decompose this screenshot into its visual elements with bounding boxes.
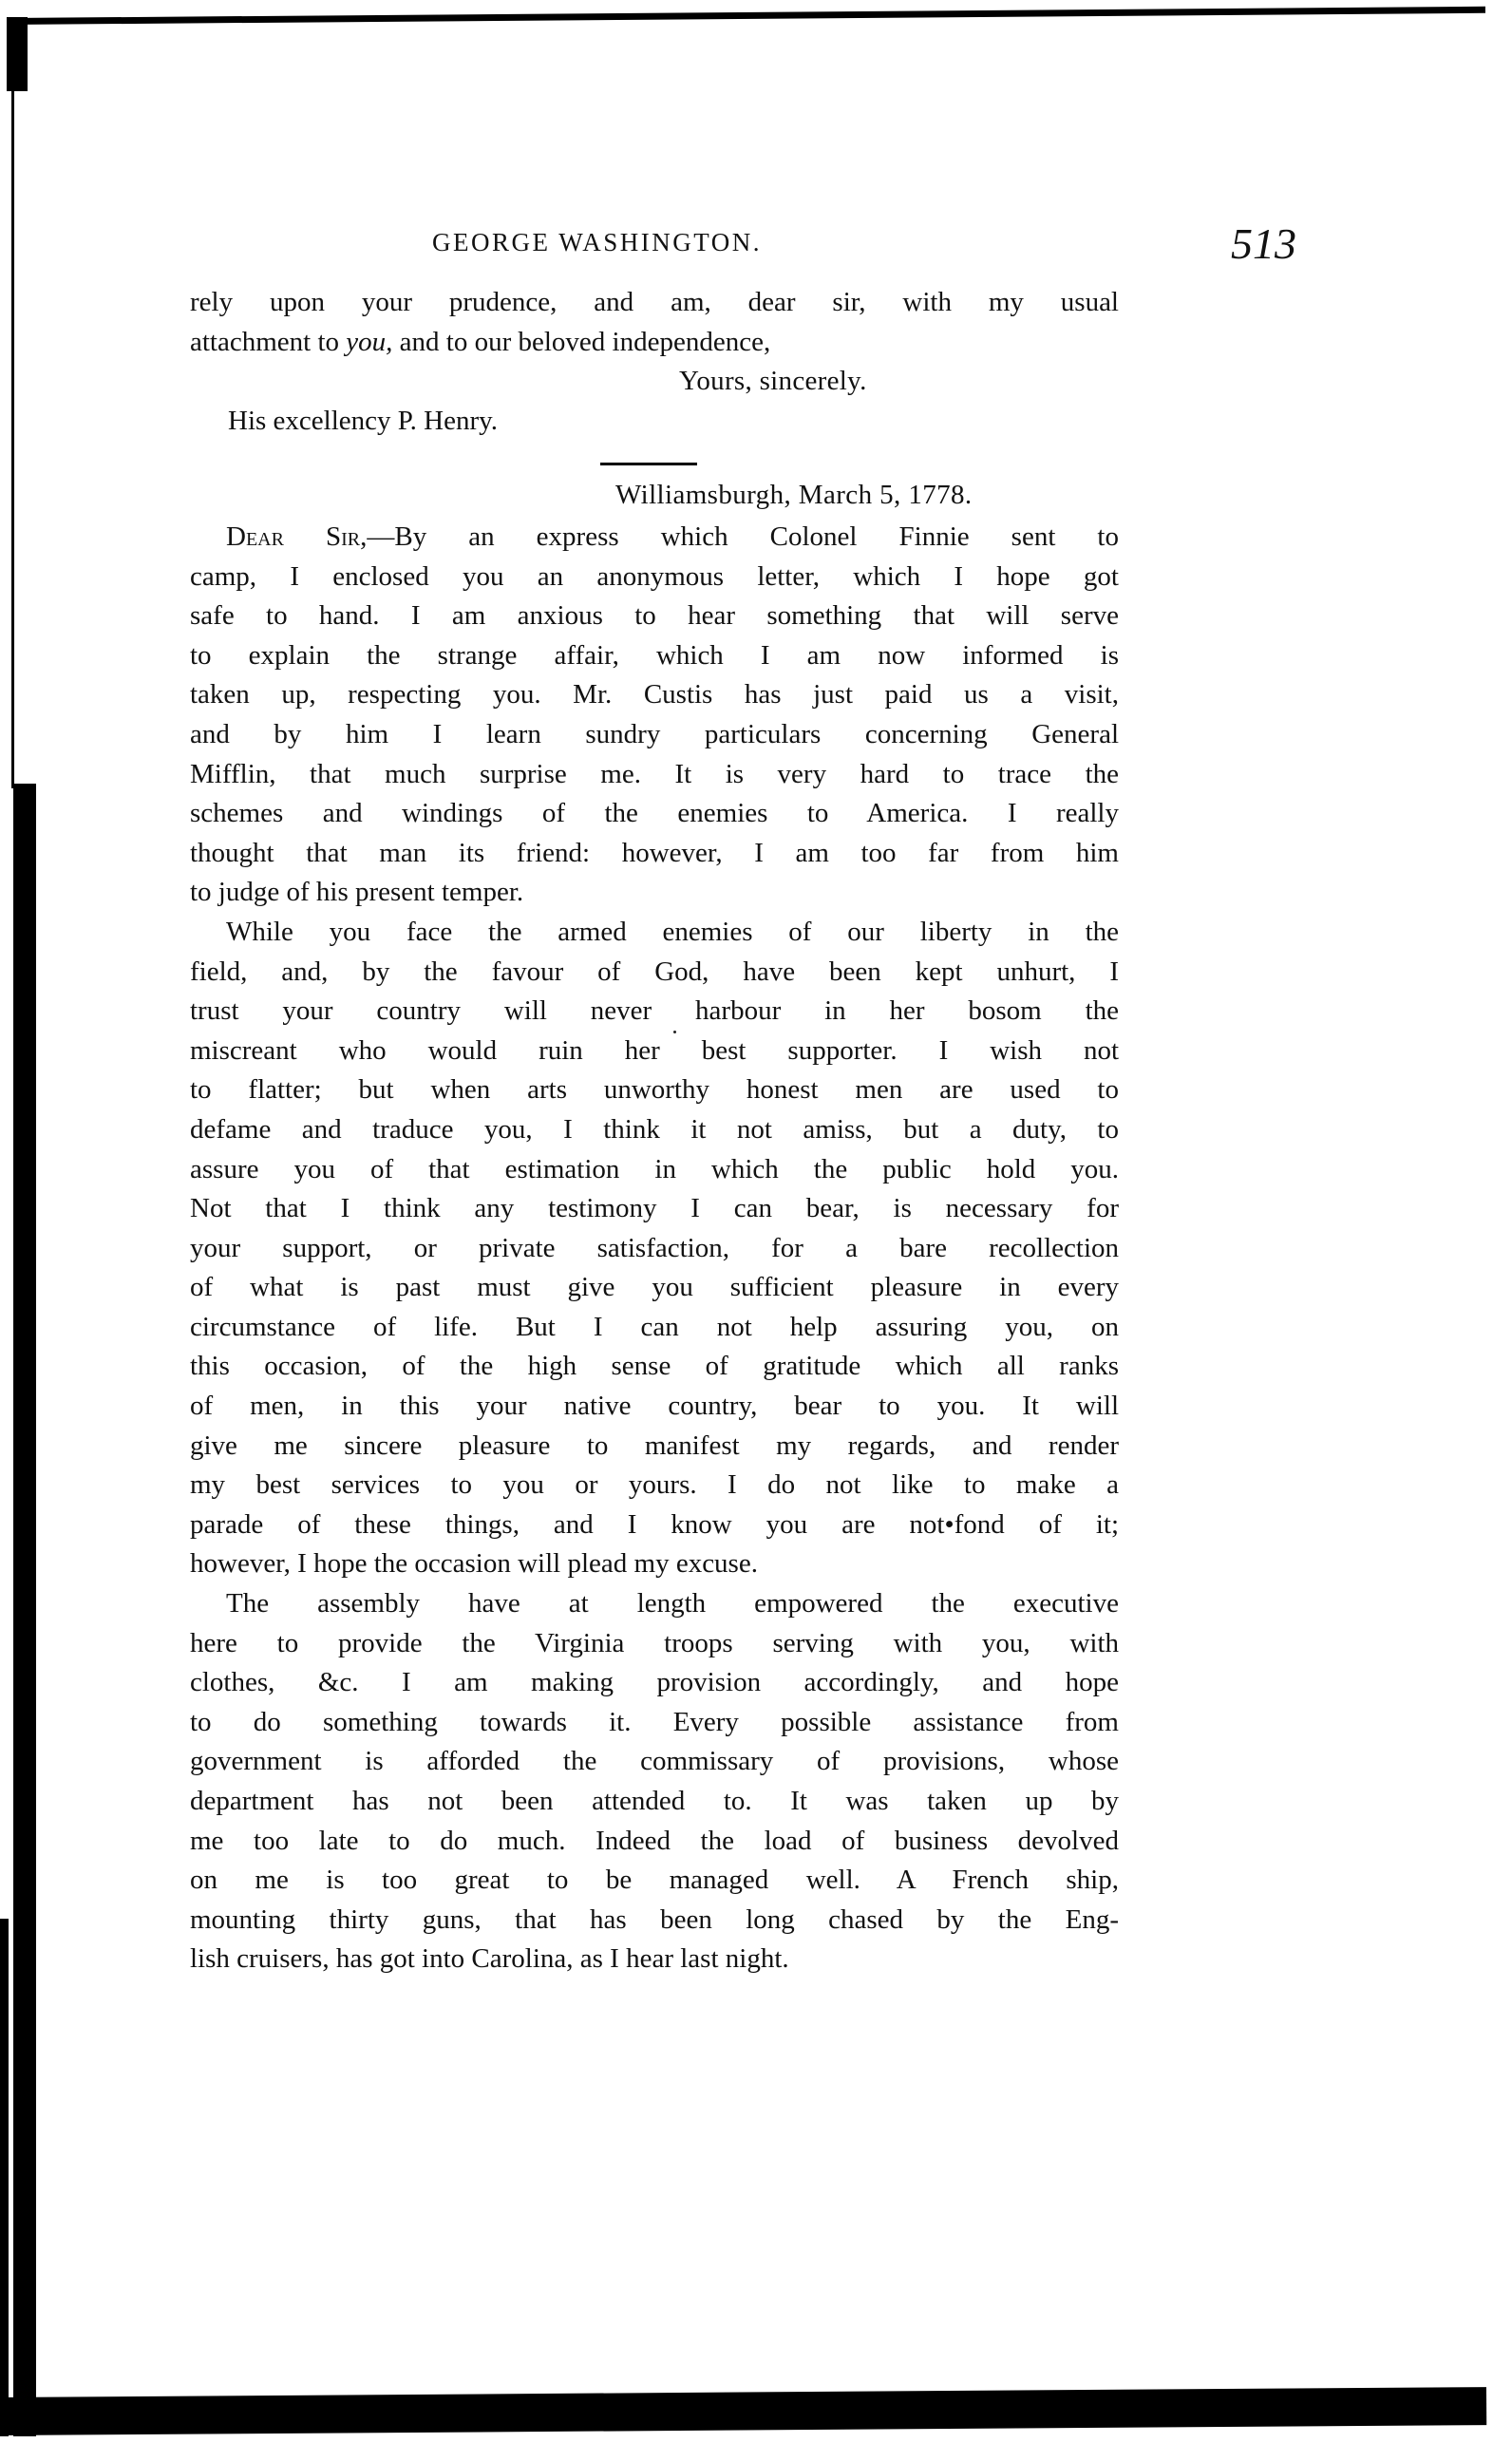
text-line: Not that I think any testimony I can bea… <box>190 1189 1119 1229</box>
scan-border-top <box>8 7 1485 25</box>
text-line: While you face the armed enemies of our … <box>190 913 1119 953</box>
text-line: this occasion, of the high sense of grat… <box>190 1347 1119 1387</box>
text-line: assure you of that estimation in which t… <box>190 1150 1119 1190</box>
text-line: The assembly have at length empowered th… <box>190 1584 1119 1624</box>
text-line: and by him I learn sundry particulars co… <box>190 715 1119 755</box>
text-line: taken up, respecting you. Mr. Custis has… <box>190 675 1119 715</box>
text-line: here to provide the Virginia troops serv… <box>190 1624 1119 1664</box>
closing-italic: you, <box>346 327 392 357</box>
text-line: however, I hope the occasion will plead … <box>190 1544 1119 1584</box>
paragraph: The assembly have at length empowered th… <box>190 1584 1119 1979</box>
text-line: circumstance of life. But I can not help… <box>190 1308 1119 1348</box>
text-line: to flatter; but when arts unworthy hones… <box>190 1070 1119 1110</box>
signature: Yours, sincerely. <box>190 362 1119 402</box>
text-line: my best services to you or yours. I do n… <box>190 1466 1119 1506</box>
text-line: miscreant who would ruin her best suppor… <box>190 1032 1119 1071</box>
text-line: clothes, &c. I am making provision accor… <box>190 1663 1119 1703</box>
scan-border-left-thick <box>13 784 36 2436</box>
text-line: Dear Sir,—By an express which Colonel Fi… <box>190 518 1119 558</box>
scan-border-bottom <box>0 2387 1486 2435</box>
text-line: of what is past must give you sufficient… <box>190 1268 1119 1308</box>
text-line: to judge of his present temper. <box>190 873 1119 913</box>
text-line: safe to hand. I am anxious to hear somet… <box>190 597 1119 636</box>
previous-letter-closing: rely upon your prudence, and am, dear si… <box>190 283 1119 441</box>
closing-line: rely upon your prudence, and am, dear si… <box>190 283 1119 323</box>
text-line: government is afforded the commissary of… <box>190 1742 1119 1782</box>
text-line: Mifflin, that much surprise me. It is ve… <box>190 755 1119 795</box>
text-line: give me sincere pleasure to manifest my … <box>190 1427 1119 1467</box>
paragraph: Dear Sir,—By an express which Colonel Fi… <box>190 518 1119 913</box>
closing-text: attachment to <box>190 327 346 357</box>
text-line: to do something towards it. Every possib… <box>190 1703 1119 1743</box>
section-divider-rule <box>600 463 697 465</box>
closing-text: and to our beloved independence, <box>392 327 770 357</box>
addressee: His excellency P. Henry. <box>190 402 1119 442</box>
text-line: defame and traduce you, I think it not a… <box>190 1110 1119 1150</box>
paragraph: While you face the armed enemies of our … <box>190 913 1119 1584</box>
text-line: to explain the strange affair, which I a… <box>190 636 1119 676</box>
page-number: 513 <box>1231 218 1296 269</box>
text-line: your support, or private satisfaction, f… <box>190 1229 1119 1269</box>
text-line: camp, I enclosed you an anonymous letter… <box>190 558 1119 597</box>
salutation: Dear Sir, <box>226 521 367 552</box>
text-line: field, and, by the favour of God, have b… <box>190 953 1119 993</box>
letter-dateline: Williamsburgh, March 5, 1778. <box>615 480 973 511</box>
text-line: me too late to do much. Indeed the load … <box>190 1822 1119 1862</box>
text-line: lish cruisers, has got into Carolina, as… <box>190 1940 1119 1979</box>
text-line: trust your country will never harbour in… <box>190 992 1119 1032</box>
scan-border-left-thin <box>11 85 14 788</box>
text-line: on me is too great to be managed well. A… <box>190 1861 1119 1901</box>
letter-body: Dear Sir,—By an express which Colonel Fi… <box>190 518 1119 1979</box>
running-head-title: GEORGE WASHINGTON. <box>432 228 762 257</box>
text-line: schemes and windings of the enemies to A… <box>190 794 1119 834</box>
text-line: department has not been attended to. It … <box>190 1782 1119 1822</box>
scan-border-left-outer <box>0 1919 9 2436</box>
closing-line: attachment to you, and to our beloved in… <box>190 323 1119 363</box>
text-line: parade of these things, and I know you a… <box>190 1506 1119 1545</box>
text-line: of men, in this your native country, bea… <box>190 1387 1119 1427</box>
text-line: mounting thirty guns, that has been long… <box>190 1901 1119 1941</box>
text-line: thought that man its friend: however, I … <box>190 834 1119 874</box>
scan-border-top-left-block <box>7 17 28 91</box>
